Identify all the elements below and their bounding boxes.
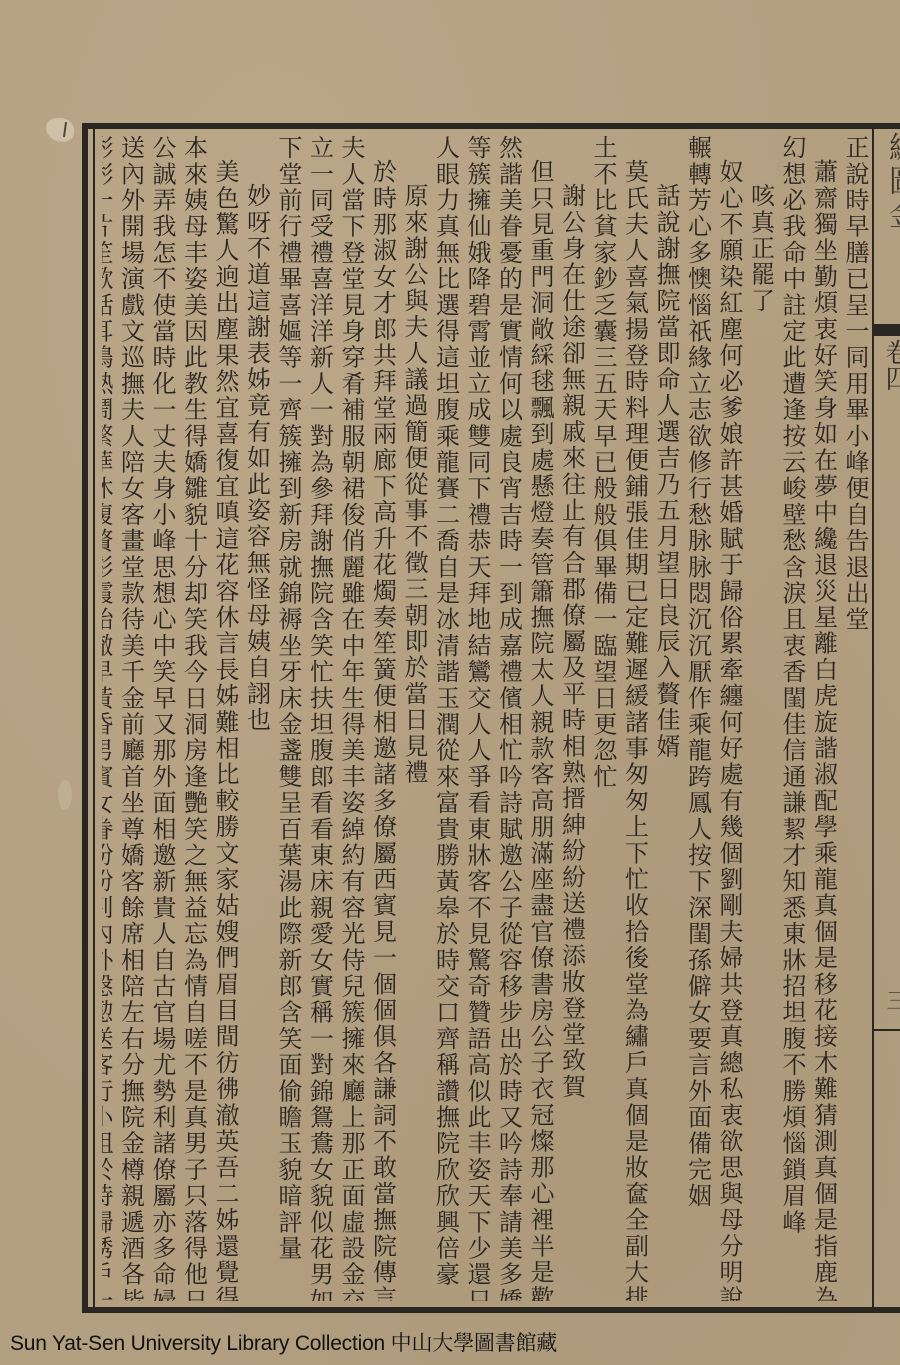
- text-column: 下堂前行禮畢喜嫗等一齊簇擁到新房就錦褥坐牙床金盞雙呈百葉湯此際新郎含笑面偷瞻玉貌…: [272, 135, 304, 1301]
- text-column: 然諧美眷憂的是實情何以處良宵吉時一到成嘉禮儐相忙吟詩賦邀公子從容移步出於時又吟詩…: [492, 135, 524, 1301]
- text-column: 夫人當下登堂見身穿肴補服朝裙俊俏麗雖在中年生得美丰姿綽約有容光侍兒簇擁來廳上那正…: [335, 135, 367, 1301]
- text-column: 原來謝公與夫人議過簡便從事不徵三朝即於當日見禮: [398, 135, 430, 1301]
- text-column: 幻想必我命中註定此遭逢按云峻壁愁含淚且衷香閨佳信通謙絜才知悉東牀招坦腹不勝煩惱鎖…: [776, 135, 808, 1301]
- page-number: 三: [880, 989, 900, 1011]
- text-column: 立一同受禮喜洋洋新人一對為參拜謝撫院含笑忙扶坦腹郎看看東床親愛女實稱一對錦鴛鴦女…: [303, 135, 335, 1301]
- fishtail-mark: [874, 324, 900, 336]
- text-column: 話說謝撫院當即命人選吉乃五月望日良辰入贅佳婿: [650, 135, 682, 1301]
- text-column: 送內外開場演戲文巡撫夫人陪女客畫堂款待美千金前廳首坐尊嬌客餘席相陪左右分撫院金樽…: [114, 135, 146, 1301]
- text-column: 人眼力真無比選得這坦腹乘龍賽二喬自是冰清諧玉潤從來富貴勝黃皋於時交口齊稱讚撫院欣…: [429, 135, 461, 1301]
- text-column: 正說時早膳已呈一同用畢小峰便自告退出堂: [839, 135, 871, 1301]
- text-column: 咳真正罷了: [744, 135, 776, 1301]
- library-watermark: Sun Yat-Sen University Library Collectio…: [10, 1327, 557, 1357]
- book-title: 繡圖金: [878, 131, 900, 233]
- main-text-body: 正說時早膳已呈一同用畢小峰便自告退出堂 蕭齋獨坐勤煩衷好笑身如在夢中纔退災星離白…: [102, 135, 870, 1301]
- inner-border-line: [93, 129, 95, 1307]
- text-column: 妙呀不道這謝表姊竟有如此姿容無怪母姨自詡也: [240, 135, 272, 1301]
- text-column: 但只見重門洞敞綵毬飄到處懸燈奏管簫撫院太人親款客高朋滿座盡官僚書房公子衣冠燦那心…: [524, 135, 556, 1301]
- page-border-frame: 正說時早膳已呈一同用畢小峰便自告退出堂 蕭齋獨坐勤煩衷好笑身如在夢中纔退災星離白…: [82, 123, 900, 1313]
- binding-thread-mark: [46, 118, 74, 142]
- text-column: 本來姨母丰姿美因此教生得嬌雛貌十分却笑我今日洞房逢艷笑之無益忘為情自嗟不是真男子…: [177, 135, 209, 1301]
- text-column: 等簇擁仙娥降碧霄並立成雙同下禮恭天拜地結鸞交人人爭看東牀客不見驚奇贊語高似此丰姿…: [461, 135, 493, 1301]
- text-column: 輾轉芳心多懊惱祇緣立志欲修行愁脉脉悶沉沉厭作乘龍跨鳳人按下深閨孫僻女要言外面備完…: [681, 135, 713, 1301]
- text-column: 土不比貧家鈔乏囊三五天早已般般俱畢備一臨望日更忽忙: [587, 135, 619, 1301]
- text-column: 莫氏夫人喜氣揚登時料理便鋪張佳期已定難遲緩諸事匆匆上下忙收拾後堂為繡戶真個是妝奩…: [618, 135, 650, 1301]
- binding-hole-mark: [58, 780, 72, 810]
- text-column: 於時那淑女才郎共拜堂兩廊下高升花燭奏笙簧便相邀諸多僚屬西賓見一個個俱各謙詞不敢當…: [366, 135, 398, 1301]
- text-column: 蕭齋獨坐勤煩衷好笑身如在夢中纔退災星離白虎旋諧淑配學乘龍真個是移花接木難猜測真個…: [807, 135, 839, 1301]
- text-column: 公誠弄我怎不使當時化一丈夫身小峰思想心中笑早又那外面相邀新貴人自古官場尤勢利諸僚…: [146, 135, 178, 1301]
- banxin-divider: [874, 1029, 900, 1031]
- volume-label: 卷四: [878, 339, 900, 391]
- text-column: 美色驚人逈出塵果然宜喜復宜嗔這花容休言長姊難相比較勝文家姑嫂們眉目間彷彿澈英吾二…: [209, 135, 241, 1301]
- banxin-center-column: 繡圖金 卷四 三: [872, 129, 900, 1307]
- text-column: 謝公身在仕途卻無親戚來往止有合郡僚屬及平時相熟搢紳紛紛送禮添妝登堂致賀: [555, 135, 587, 1301]
- text-column: 彬彬一片笙歌聒耳鳴熱鬧繁華休複贅彩霞始徹早黃昏男賓女眷紛紛別內外慇懃送客行小姐於…: [102, 135, 114, 1301]
- text-column: 奴心不願染紅塵何必爹娘許甚婚賦于歸俗累牽纏何好處有幾個劉剛夫婦共登真總私衷欲思與…: [713, 135, 745, 1301]
